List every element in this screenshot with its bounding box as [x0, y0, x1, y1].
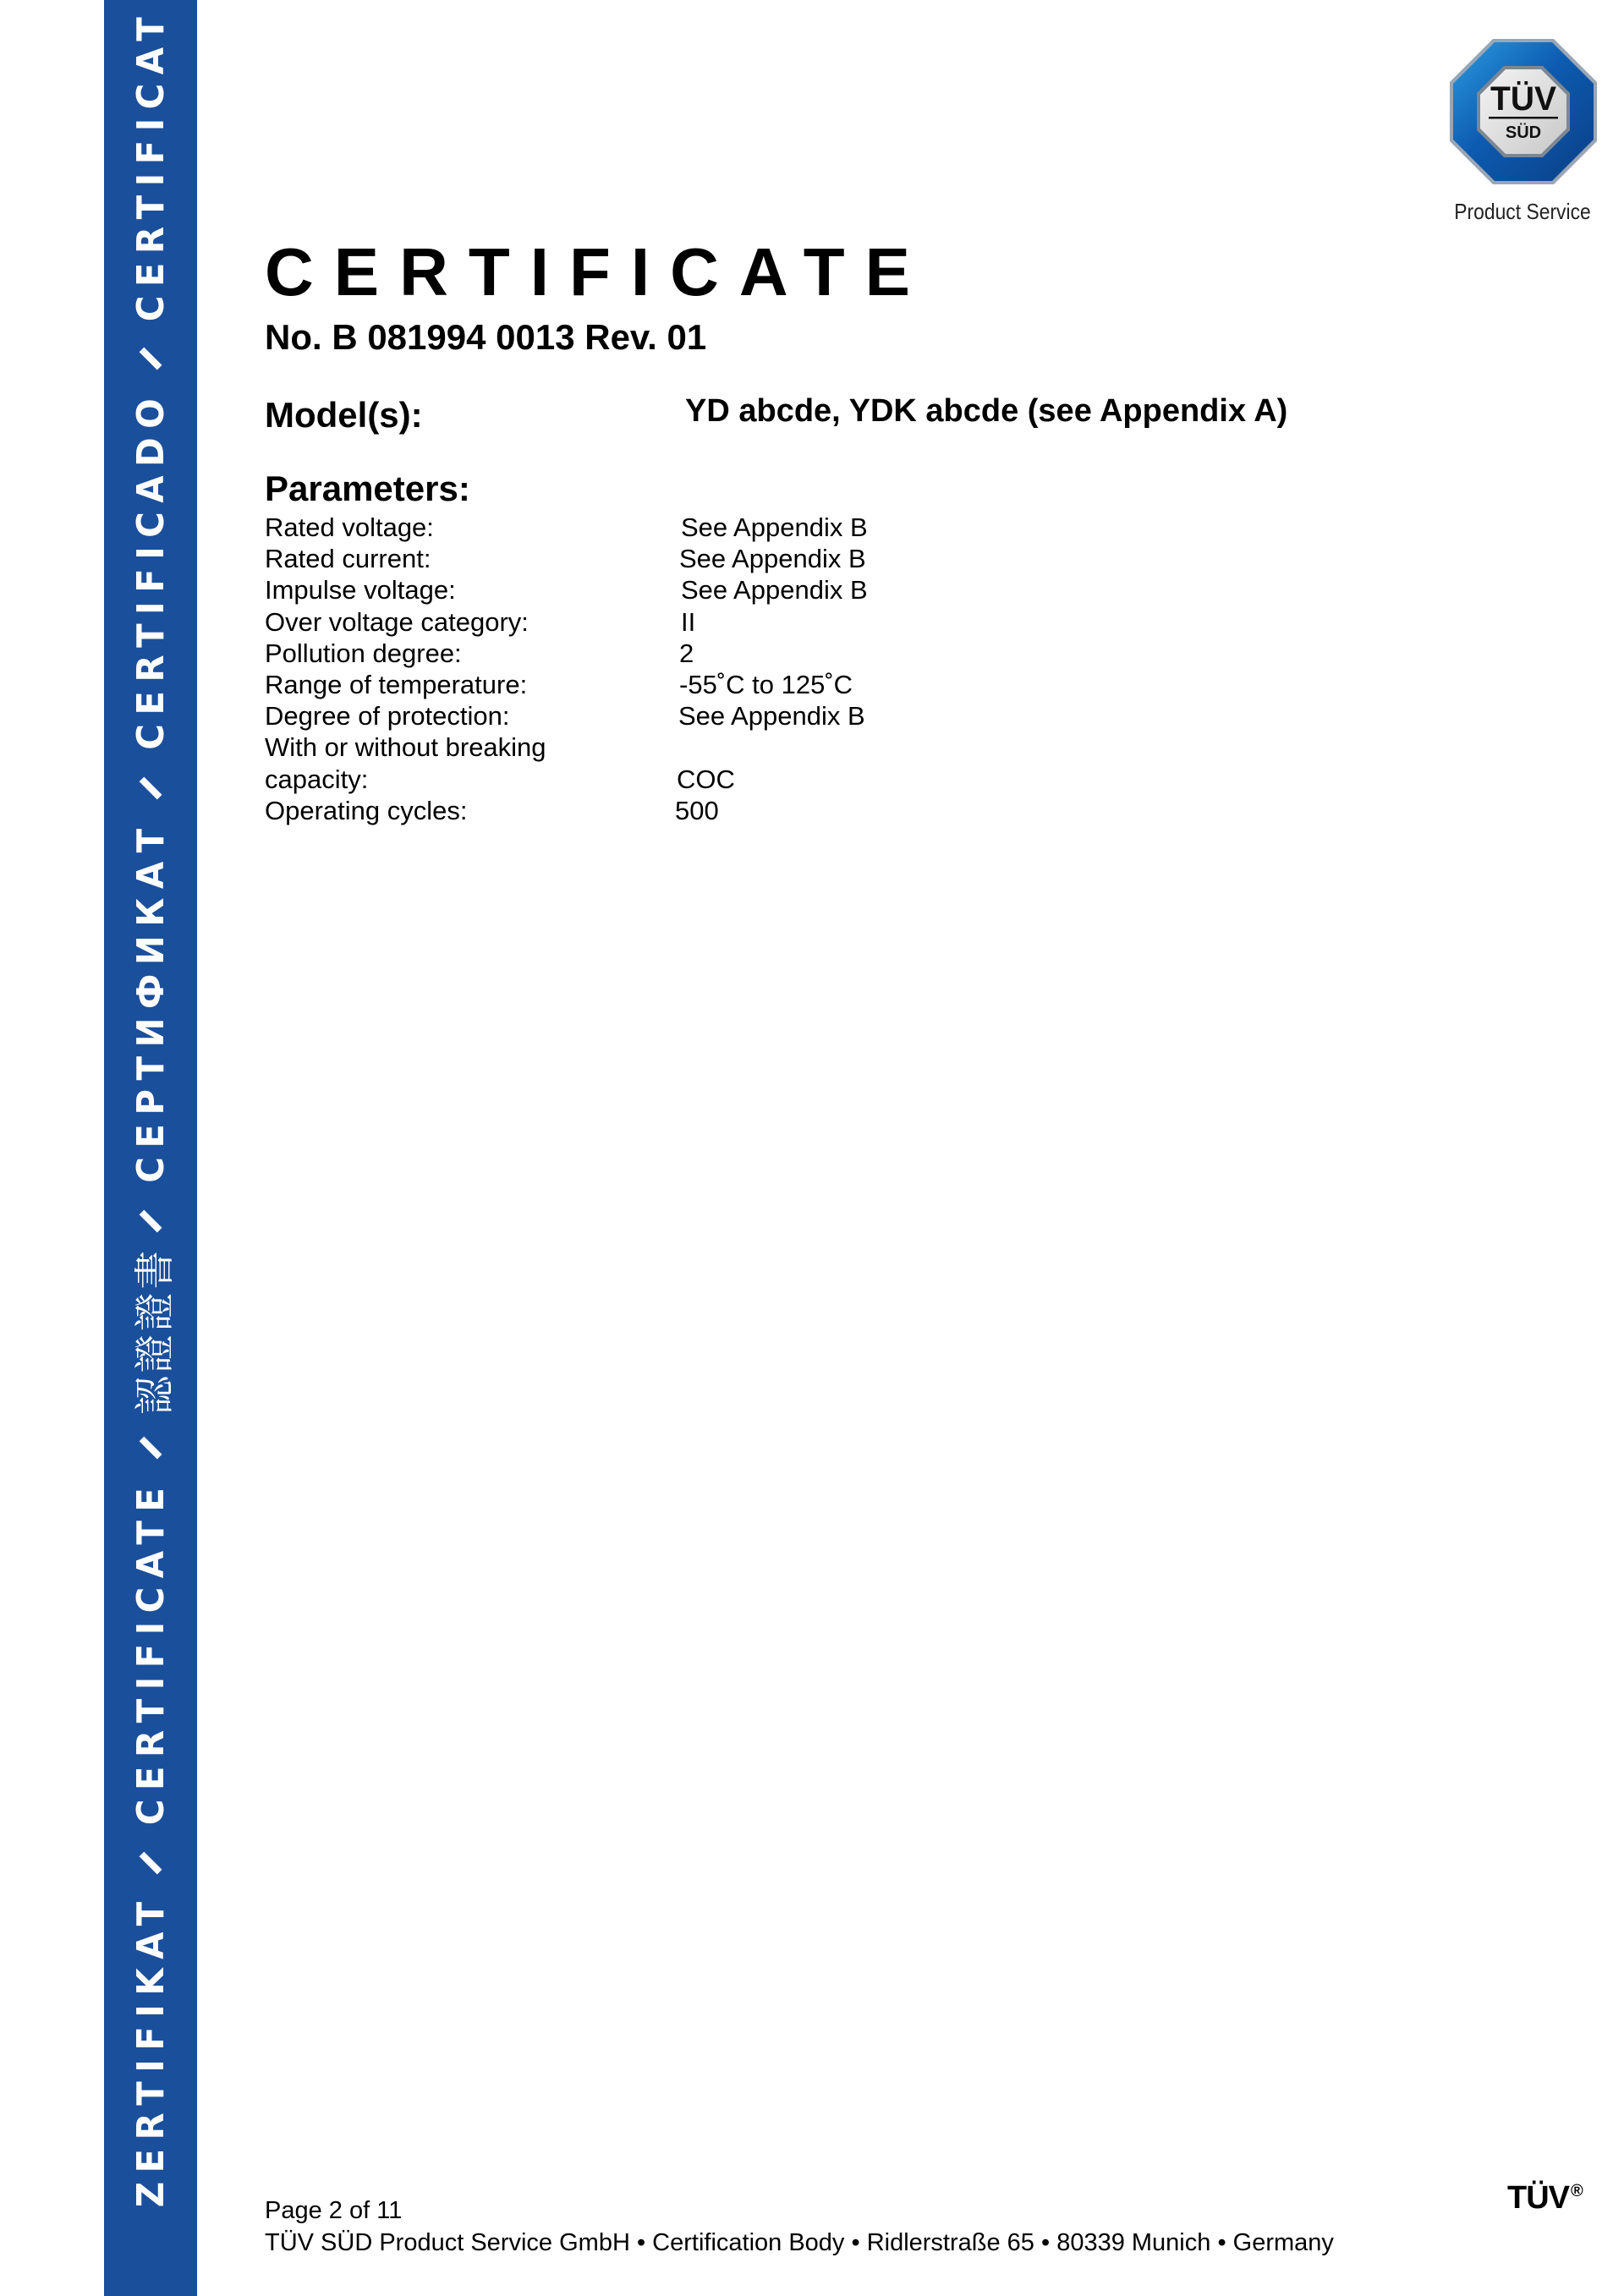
parameter-value: 500: [675, 795, 719, 826]
tuv-mark-text: TÜV: [1507, 2180, 1569, 2216]
logo-subtitle: Product Service: [1448, 199, 1597, 225]
parameter-row: Pollution degree:2: [265, 638, 1026, 669]
parameter-row: Operating cycles:500: [265, 795, 1026, 826]
parameter-label: Rated current:: [265, 543, 431, 574]
diamond-separator-icon: [140, 348, 162, 370]
parameter-value: -55˚C to 125˚C: [679, 669, 853, 700]
parameter-row: Rated current:See Appendix B: [265, 543, 1026, 574]
parameter-row: With or without breaking: [265, 732, 1026, 763]
parameter-label: Range of temperature:: [265, 669, 527, 700]
svg-text:SÜD: SÜD: [1506, 123, 1541, 142]
registered-symbol: ®: [1571, 2182, 1583, 2200]
parameter-value: See Appendix B: [678, 700, 865, 732]
page-title: CERTIFICATE: [265, 238, 930, 306]
parameter-value: See Appendix B: [681, 574, 868, 606]
sidebar-multilingual-text: ZERTIFIKATCERTIFICATE認證證書СЕРТИФИКАТCERTI…: [104, 0, 197, 2296]
parameter-value: See Appendix B: [679, 543, 866, 574]
parameter-label: capacity:: [265, 764, 368, 795]
diamond-separator-icon: [140, 1851, 162, 1874]
parameter-label: Over voltage category:: [265, 606, 529, 638]
parameter-row: Degree of protection:See Appendix B: [265, 700, 1026, 732]
parameter-value: 2: [679, 638, 694, 669]
page-number: Page 2 of 11: [265, 2199, 402, 2223]
parameters-heading: Parameters:: [265, 471, 470, 507]
parameter-row: capacity:COC: [265, 764, 1026, 795]
model-label: Model(s):: [265, 397, 423, 433]
parameter-label: Operating cycles:: [265, 795, 468, 826]
sidebar-word: CERTIFICADO: [129, 390, 173, 750]
issuer-address: TÜV SÜD Product Service GmbH • Certifica…: [265, 2231, 1334, 2255]
certificate-number: No. B 081994 0013 Rev. 01: [265, 320, 706, 355]
parameter-value: II: [681, 606, 695, 638]
diamond-separator-icon: [140, 777, 162, 800]
model-value: YD abcde, YDK abcde (see Appendix A): [685, 395, 1287, 427]
sidebar-word: CERTIFICATE: [129, 1478, 173, 1825]
parameter-row: Range of temperature:-55˚C to 125˚C: [265, 669, 1026, 700]
parameter-value: See Appendix B: [681, 512, 868, 543]
sidebar-word: СЕРТИФИКАТ: [129, 819, 173, 1182]
parameter-row: Rated voltage:See Appendix B: [265, 512, 1026, 543]
parameter-row: Over voltage category:II: [265, 606, 1026, 638]
tuv-sud-logo-icon: TÜV SÜD: [1446, 36, 1600, 188]
parameter-label: With or without breaking: [265, 732, 546, 763]
parameter-label: Rated voltage:: [265, 512, 434, 543]
parameters-list: Rated voltage:See Appendix BRated curren…: [265, 512, 1026, 826]
diamond-separator-icon: [140, 1209, 162, 1232]
certificate-sidebar-band: ZERTIFIKATCERTIFICATE認證證書СЕРТИФИКАТCERTI…: [104, 0, 197, 2296]
sidebar-word: ZERTIFIKAT: [129, 1893, 173, 2207]
parameter-row: Impulse voltage:See Appendix B: [265, 574, 1026, 606]
parameter-value: COC: [677, 764, 735, 795]
diamond-separator-icon: [140, 1436, 162, 1459]
sidebar-word: CERTIFICAT: [129, 8, 173, 322]
svg-text:TÜV: TÜV: [1490, 79, 1556, 118]
sidebar-word: 認證證書: [122, 1247, 180, 1415]
parameter-label: Pollution degree:: [265, 638, 462, 669]
parameter-label: Impulse voltage:: [265, 574, 456, 606]
parameter-label: Degree of protection:: [265, 700, 510, 732]
tuv-registered-mark: TÜV®: [1507, 2182, 1583, 2214]
